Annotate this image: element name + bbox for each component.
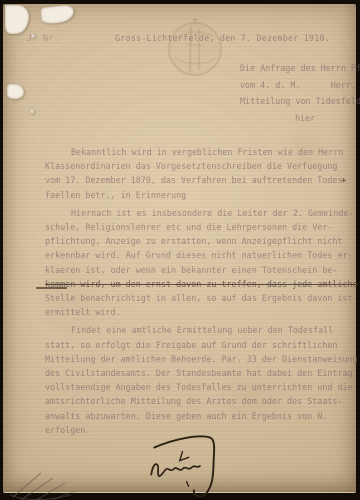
text-line: Klassenordinarien das Vorgesetztenschrei… xyxy=(45,159,352,173)
address-line: Die Anfrage des Herrn Pfr. xyxy=(240,60,360,77)
dateline: Gross-Lichterfelde, den 7. Dezember 1910… xyxy=(115,33,330,43)
text-line: vollstaendige Angaben des Todesfalles zu… xyxy=(45,380,352,394)
paper-tear xyxy=(7,84,24,99)
text-line: Mitteilung der amtlichen Behoerde. Par. … xyxy=(45,352,352,366)
body-paragraph: Hiernach ist es insbesondere die Leiter … xyxy=(45,206,352,320)
text-line: des Civilstandesamts. Der Standesbeamte … xyxy=(45,366,352,380)
text-line: Findet eine amtliche Ermittelung ueber d… xyxy=(45,323,352,337)
pin-hole xyxy=(30,109,34,114)
circular-seal-stamp-icon xyxy=(161,18,231,82)
text-line: Bekanntlich wird in vergeblichen Fristen… xyxy=(45,145,352,159)
text-line: amtsrichterliche Mitteilung des Arztes d… xyxy=(45,394,352,408)
text-line: erkennbar wird. Auf Grund dieses nicht n… xyxy=(45,248,352,262)
paper-tear xyxy=(5,5,29,34)
letter-paper: J. Nr. Gross-Lichterfelde, den 7. Dezemb… xyxy=(3,4,356,493)
plus-mark: + xyxy=(341,176,346,186)
body-paragraph: Findet eine amtliche Ermittelung ueber d… xyxy=(45,323,352,437)
text-line: klaeren ist, oder wenn ein bekannter ein… xyxy=(45,263,352,277)
text-line: faellen betr., in Erinnerung xyxy=(45,188,352,202)
handwritten-signature xyxy=(136,427,261,500)
address-line: vom 4. d. M. Herr, xyxy=(240,77,360,94)
text-line: Hiernach ist es insbesondere die Leiter … xyxy=(45,206,352,220)
paper-tear xyxy=(40,4,75,24)
recipient-address: Die Anfrage des Herrn Pfr. vom 4. d. M. … xyxy=(240,60,360,126)
pin-hole xyxy=(31,34,35,38)
address-line: Mitteilung von Tidesfeld xyxy=(240,93,360,110)
letter-body: Bekanntlich wird in vergeblichen Fristen… xyxy=(45,145,352,441)
text-line: ermittelt wird. xyxy=(45,305,352,319)
text-line: pflichtung, Anzeige zu erstatten, wenn A… xyxy=(45,234,352,248)
text-line: Stelle benachrichtigt in allen, so auf d… xyxy=(45,291,352,305)
text-line: statt, so erfolgt die Freigabe auf Grund… xyxy=(45,338,352,352)
text-line: anwalts abzuwarten. Diese geben auch ein… xyxy=(45,409,352,423)
text-line: schule, Religionslehrer etc und die Lehr… xyxy=(45,220,352,234)
document-photo: J. Nr. Gross-Lichterfelde, den 7. Dezemb… xyxy=(0,0,360,500)
body-paragraph: Bekanntlich wird in vergeblichen Fristen… xyxy=(45,145,352,202)
margin-dash-mark xyxy=(36,287,67,289)
struck-text-line: kommen wird, um den ernst davon zu treff… xyxy=(45,277,352,291)
pencil-scribble xyxy=(3,457,95,500)
address-line: hier xyxy=(240,110,360,127)
text-line: vom 17. Dezember 1879, das Verfahren bei… xyxy=(45,173,352,187)
